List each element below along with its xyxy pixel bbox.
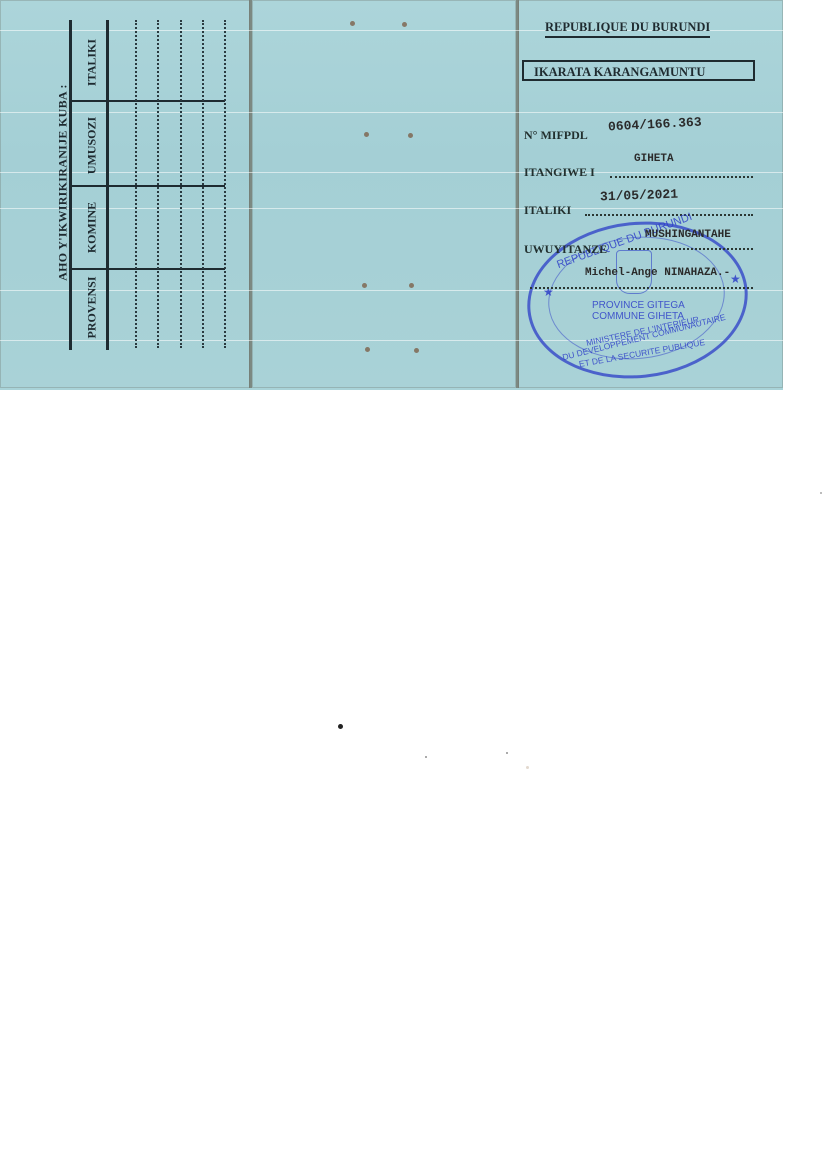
date-value: 31/05/2021 (600, 187, 678, 205)
column-komine: KOMINE (85, 188, 100, 268)
scan-speck (425, 756, 427, 758)
country-heading: REPUBLIQUE DU BURUNDI (545, 20, 710, 38)
scan-speck (506, 752, 508, 754)
scan-speck (338, 724, 343, 729)
dotted-row (224, 20, 226, 348)
left-panel (0, 0, 250, 388)
issued-at-value: GIHETA (634, 153, 674, 165)
issuer-line (628, 248, 753, 250)
rust-spot (362, 283, 367, 288)
scan-speck (820, 492, 822, 494)
dotted-row (135, 20, 137, 348)
date-line (585, 214, 753, 216)
crease (0, 172, 783, 173)
issuer-name: Michel-Ange NINAHAZA.- (585, 267, 730, 279)
card-title-box: IKARATA KARANGAMUNTU (522, 60, 755, 81)
column-provensi: PROVENSI (85, 268, 100, 348)
crease (0, 112, 783, 113)
issuer-title: MUSHINGANTAHE (645, 229, 731, 241)
rust-spot (409, 283, 414, 288)
issued-at-label: ITANGIWE I (524, 165, 595, 180)
issuer-label: UWUYITANZE (524, 242, 607, 257)
signature-line (530, 287, 753, 289)
crease (0, 208, 783, 209)
rust-spot (364, 132, 369, 137)
middle-panel (252, 0, 516, 388)
date-label: ITALIKI (524, 203, 571, 218)
dotted-row (180, 20, 182, 348)
dotted-row (202, 20, 204, 348)
scan-speck (526, 766, 529, 769)
stamp-province: PROVINCE GITEGA (592, 300, 685, 311)
rust-spot (365, 347, 370, 352)
issued-at-line (610, 176, 753, 178)
fold-line (249, 0, 252, 388)
dotted-row (157, 20, 159, 348)
column-umusozi: UMUSOZI (85, 106, 100, 186)
star-icon: ★ (730, 272, 741, 287)
rust-spot (408, 133, 413, 138)
fold-line (516, 0, 519, 388)
number-label: N° MIFPDL (524, 128, 588, 143)
column-italiki: ITALIKI (85, 23, 100, 103)
rust-spot (402, 22, 407, 27)
rust-spot (350, 21, 355, 26)
rust-spot (414, 348, 419, 353)
